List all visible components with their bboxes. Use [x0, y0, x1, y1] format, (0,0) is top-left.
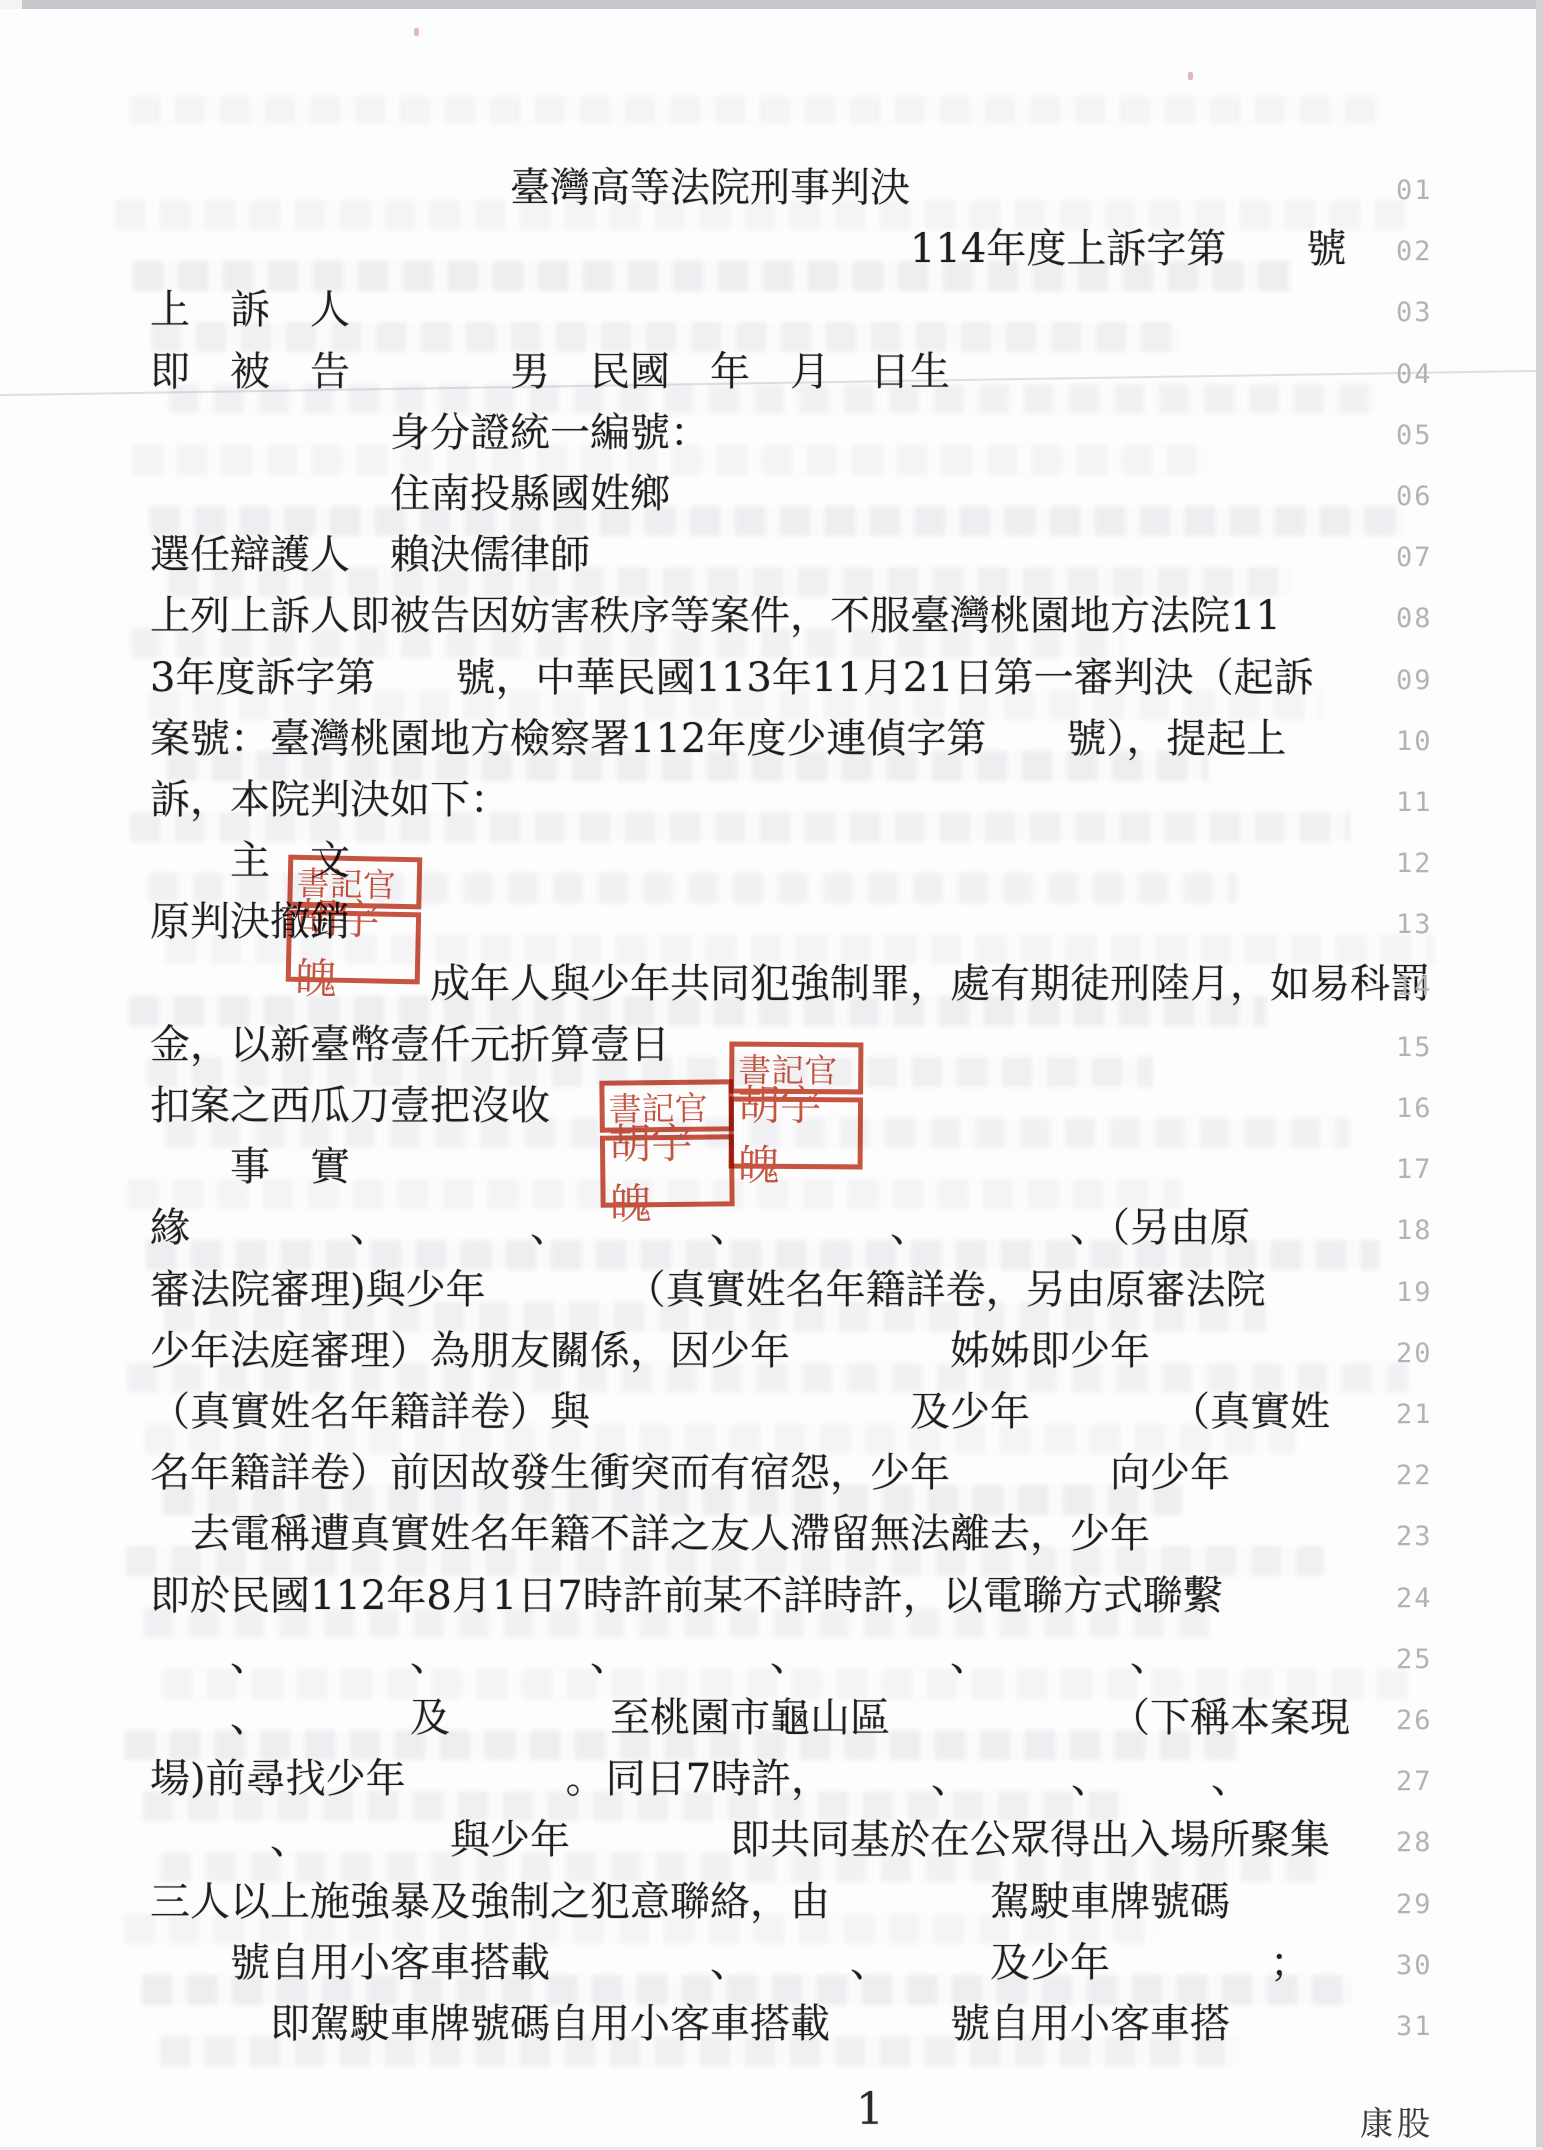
judgment-line: 審法院審理)與少年 （真實姓名年籍詳卷，另由原審法院	[150, 1262, 1450, 1322]
division-label: 康股	[1360, 2098, 1500, 2145]
line-number: 12	[1396, 849, 1456, 879]
line-number: 08	[1396, 604, 1456, 634]
scan-speck	[414, 28, 419, 36]
judgment-line: 上列上訴人即被告因妨害秩序等案件，不服臺灣桃園地方法院11	[150, 588, 1450, 648]
line-number: 17	[1396, 1155, 1456, 1185]
scan-speck	[1188, 72, 1193, 80]
line-number: 26	[1396, 1706, 1456, 1736]
line-number: 31	[1396, 2012, 1456, 2042]
line-number: 28	[1396, 1828, 1456, 1858]
clerk-stamp: 書記官 胡宇魄	[599, 1079, 734, 1207]
scanner-right-edge	[1536, 0, 1543, 2150]
judgment-line: 即於民國112年8月1日7時許前某不詳時許，以電聯方式聯繫	[150, 1568, 1450, 1628]
judgment-line: 住南投縣國姓鄉	[150, 466, 1450, 526]
line-number: 27	[1396, 1767, 1456, 1797]
line-number: 22	[1396, 1461, 1456, 1491]
scanner-top-edge	[0, 0, 1543, 9]
line-number: 15	[1396, 1033, 1456, 1063]
line-number: 11	[1396, 788, 1456, 818]
clerk-stamp: 書記官 胡宇魄	[286, 855, 423, 985]
line-number: 03	[1396, 298, 1456, 328]
line-number: 13	[1396, 910, 1456, 940]
line-number: 21	[1396, 1400, 1456, 1430]
judgment-line: 、 、 、 、 、 、	[150, 1629, 1450, 1689]
judgment-line: 案號：臺灣桃園地方檢察署112年度少連偵字第 號），提起上	[150, 711, 1450, 771]
judgment-line: 、 及 至桃園市龜山區 （下稱本案現	[150, 1690, 1450, 1750]
judgment-line: 114年度上訴字第 號	[150, 221, 1450, 281]
line-number: 07	[1396, 543, 1456, 573]
scanner-top-edge-gap	[0, 0, 22, 9]
judgment-line: 身分證統一編號：	[150, 405, 1450, 465]
clerk-stamp-name: 胡宇魄	[729, 1097, 863, 1170]
judgment-line: 、 與少年 即共同基於在公眾得出入場所聚集	[150, 1812, 1450, 1872]
judgment-line: 臺灣高等法院刑事判決	[150, 160, 1450, 220]
scanned-judgment-page: 臺灣高等法院刑事判決01 114年度上訴字第 號02上 訴 人03即 被 告 男…	[0, 0, 1543, 2150]
judgment-line: 即 被 告 男 民國 年 月 日生	[150, 344, 1450, 404]
judgment-line: 選任辯護人 賴決儒律師	[150, 527, 1450, 587]
page-number: 1	[840, 2084, 900, 2135]
line-number: 06	[1396, 482, 1456, 512]
line-number: 18	[1396, 1216, 1456, 1246]
line-number: 25	[1396, 1645, 1456, 1675]
line-number: 05	[1396, 421, 1456, 451]
line-number: 04	[1396, 360, 1456, 390]
line-number: 09	[1396, 666, 1456, 696]
judgment-line: 緣 、 、 、 、 、（另由原	[150, 1200, 1450, 1260]
judgment-line: 訴，本院判決如下：	[150, 772, 1450, 832]
line-number: 24	[1396, 1584, 1456, 1614]
line-number: 30	[1396, 1951, 1456, 1981]
bleedthrough-artifact	[130, 96, 1380, 124]
line-number: 19	[1396, 1278, 1456, 1308]
judgment-line: 去電稱遭真實姓名年籍不詳之友人滯留無法離去，少年	[150, 1506, 1450, 1566]
clerk-stamp: 書記官 胡宇魄	[729, 1042, 864, 1170]
judgment-line: 號自用小客車搭載 、 、 及少年 ；	[150, 1935, 1450, 1995]
judgment-line: 即駕駛車牌號碼自用小客車搭載 號自用小客車搭	[150, 1996, 1450, 2056]
judgment-line: 名年籍詳卷）前因故發生衝突而有宿怨，少年 向少年	[150, 1445, 1450, 1505]
line-number: 01	[1396, 176, 1456, 206]
line-number: 16	[1396, 1094, 1456, 1124]
judgment-line: 少年法庭審理）為朋友關係，因少年 姊姊即少年	[150, 1323, 1450, 1383]
line-number: 10	[1396, 727, 1456, 757]
line-number: 29	[1396, 1890, 1456, 1920]
line-number: 02	[1396, 237, 1456, 267]
clerk-stamp-name: 胡宇魄	[600, 1134, 735, 1207]
line-number: 23	[1396, 1522, 1456, 1552]
judgment-line: 三人以上施強暴及強制之犯意聯絡，由 駕駛車牌號碼	[150, 1874, 1450, 1934]
line-number: 14	[1396, 972, 1456, 1002]
judgment-line: 3年度訴字第 號，中華民國113年11月21日第一審判決（起訴	[150, 650, 1450, 710]
judgment-line: 場)前尋找少年 。同日7時許， 、 、 、	[150, 1751, 1450, 1811]
clerk-stamp-name: 胡宇魄	[286, 910, 421, 985]
line-number: 20	[1396, 1339, 1456, 1369]
judgment-line: 上 訴 人	[150, 282, 1450, 342]
judgment-line: （真實姓名年籍詳卷）與 及少年 （真實姓	[150, 1384, 1450, 1444]
